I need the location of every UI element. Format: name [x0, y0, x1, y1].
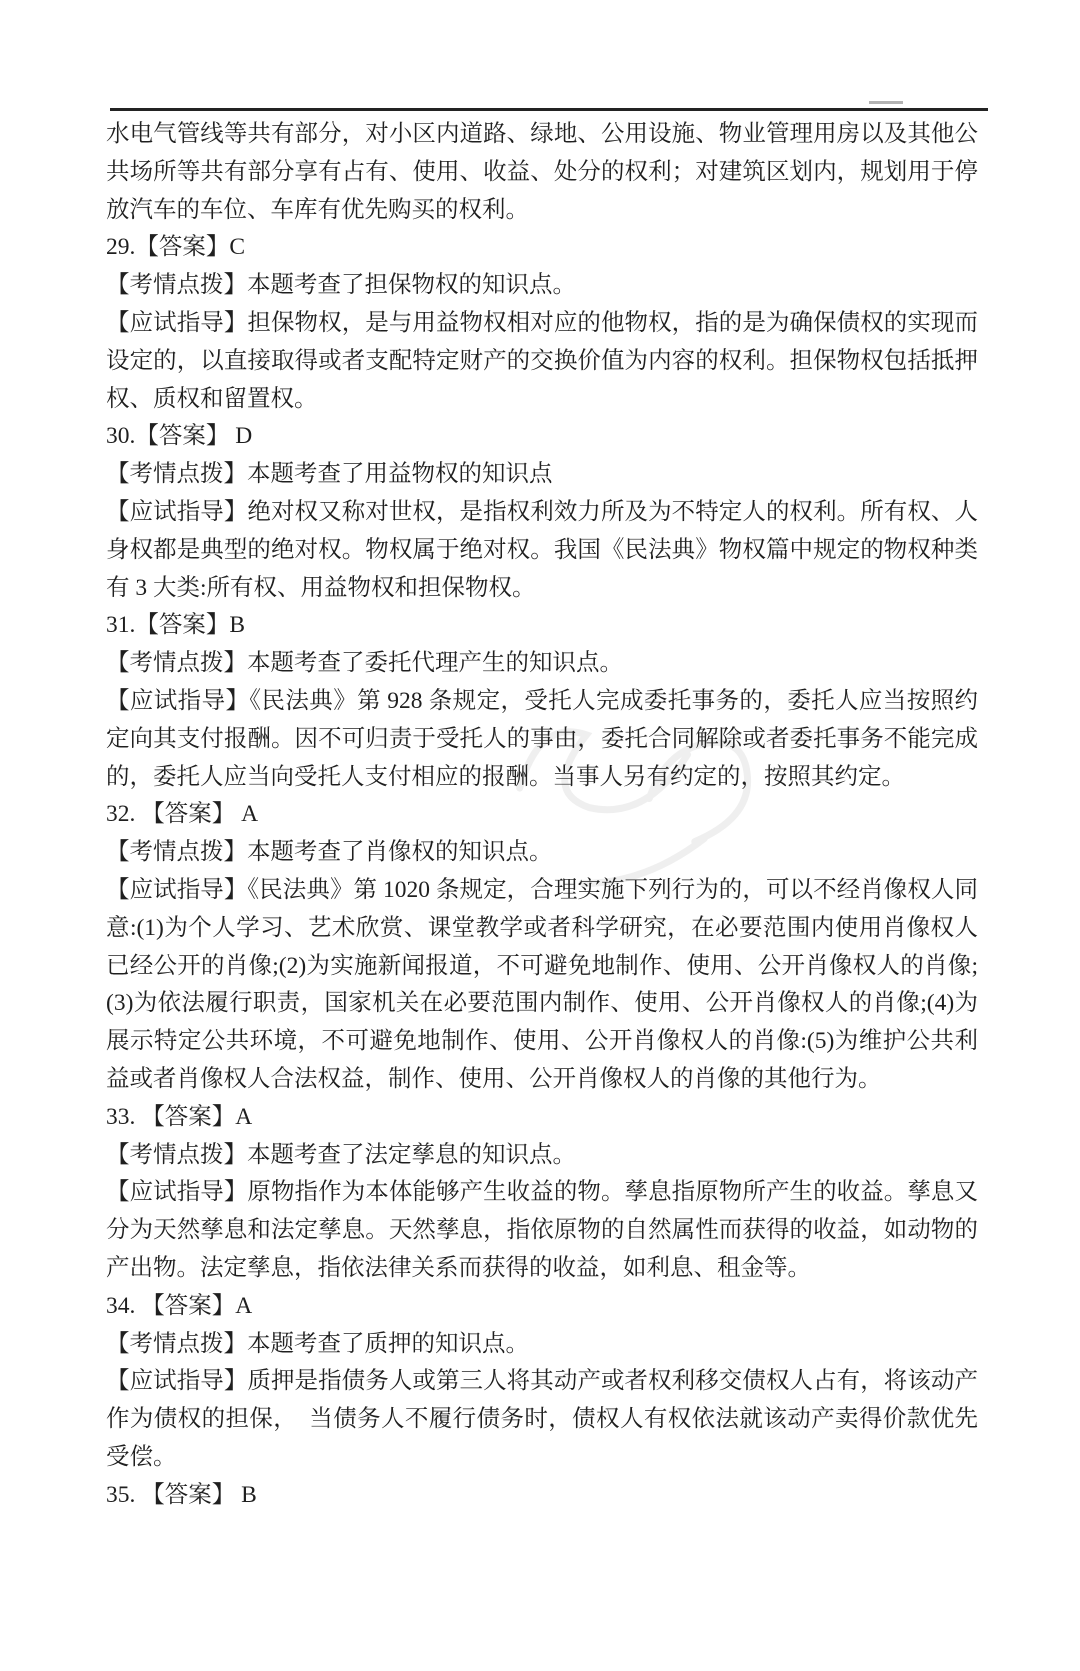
exam-guide-29: 【应试指导】担保物权，是与用益物权相对应的他物权，指的是为确保债权的实现而设定的… [106, 305, 978, 418]
exam-guide-32: 【应试指导】《民法典》第 1020 条规定，合理实施下列行为的，可以不经肖像权人… [106, 872, 978, 1099]
exam-tip-34: 【考情点拨】本题考查了质押的知识点。 [106, 1326, 978, 1364]
paragraph-body-continuation: 水电气管线等共有部分，对小区内道路、绿地、公用设施、物业管理用房以及其他公共场所… [106, 116, 978, 229]
exam-tip-30: 【考情点拨】本题考查了用益物权的知识点 [106, 456, 978, 494]
exam-tip-31: 【考情点拨】本题考查了委托代理产生的知识点。 [106, 645, 978, 683]
answer-line-32: 32. 【答案】 A [106, 796, 978, 834]
exam-guide-31: 【应试指导】《民法典》第 928 条规定，受托人完成委托事务的，委托人应当按照约… [106, 683, 978, 796]
answer-line-34: 34. 【答案】A [106, 1288, 978, 1326]
answer-line-30: 30.【答案】 D [106, 418, 978, 456]
answer-line-31: 31.【答案】B [106, 607, 978, 645]
top-rule [110, 108, 988, 111]
exam-tip-29: 【考情点拨】本题考查了担保物权的知识点。 [106, 267, 978, 305]
answer-line-35: 35. 【答案】 B [106, 1477, 978, 1515]
answer-line-29: 29.【答案】C [106, 229, 978, 267]
answer-sheet-content: 水电气管线等共有部分，对小区内道路、绿地、公用设施、物业管理用房以及其他公共场所… [106, 116, 978, 1514]
answer-line-33: 33. 【答案】A [106, 1099, 978, 1137]
exam-tip-33: 【考情点拨】本题考查了法定孳息的知识点。 [106, 1137, 978, 1175]
exam-guide-33: 【应试指导】原物指作为本体能够产生收益的物。孳息指原物所产生的收益。孳息又分为天… [106, 1174, 978, 1287]
exam-tip-32: 【考情点拨】本题考查了肖像权的知识点。 [106, 834, 978, 872]
document-page: { "document": { "colors": { "page_bg": "… [0, 0, 1080, 1671]
scan-artifact-dash [869, 101, 903, 104]
exam-guide-34: 【应试指导】质押是指债务人或第三人将其动产或者权利移交债权人占有，将该动产作为债… [106, 1363, 978, 1476]
exam-guide-30: 【应试指导】绝对权又称对世权，是指权利效力所及为不特定人的权利。所有权、人身权都… [106, 494, 978, 607]
